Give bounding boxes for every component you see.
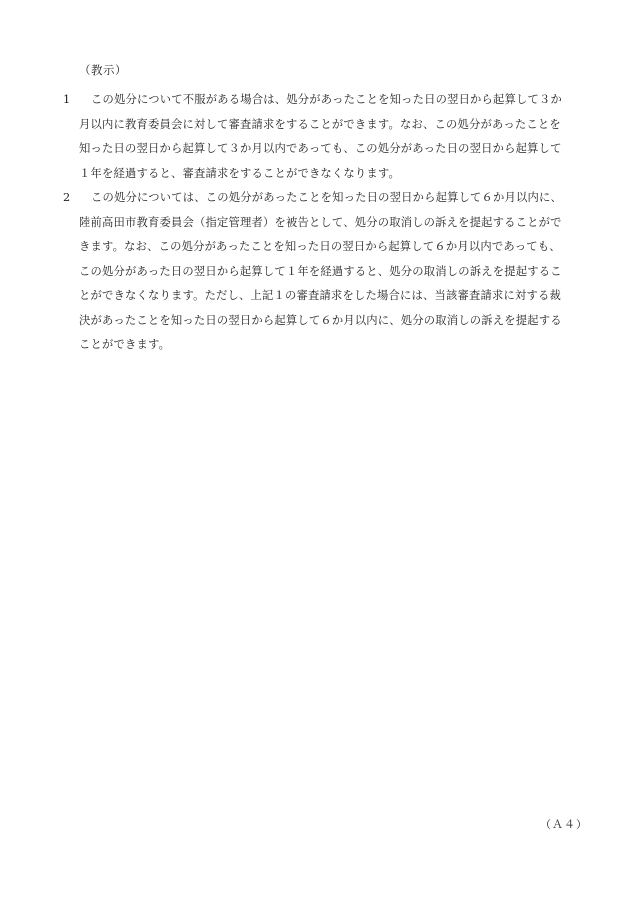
item-text-line: １年を経過すると、審査請求をすることができなくなります。	[63, 162, 583, 187]
item-text-line: 陸前高田市教育委員会（指定管理者）を被告として、処分の取消しの訴えを提起すること…	[63, 211, 583, 236]
item-text-line: ことができます。	[63, 333, 583, 358]
item-text-line: この処分については、この処分があったことを知った日の翌日から起算して６か月以内に…	[63, 186, 583, 211]
section-heading: （教示）	[79, 62, 127, 78]
item-text-line: この処分があった日の翌日から起算して１年を経過すると、処分の取消しの訴えを提起す…	[63, 260, 583, 285]
item-number: 1	[63, 88, 70, 113]
instruction-item-1: 1 この処分について不服がある場合は、処分があったことを知った日の翌日から起算し…	[63, 88, 583, 186]
document-page: （教示） 1 この処分について不服がある場合は、処分があったことを知った日の翌日…	[0, 0, 630, 903]
item-text-line: 月以内に教育委員会に対して審査請求をすることができます。なお、この処分があったこ…	[63, 113, 583, 138]
instruction-item-2: 2 この処分については、この処分があったことを知った日の翌日から起算して６か月以…	[63, 186, 583, 358]
item-text-line: とができなくなります。ただし、上記１の審査請求をした場合には、当該審査請求に対す…	[63, 284, 583, 309]
item-text-line: きます。なお、この処分があったことを知った日の翌日から起算して６か月以内であって…	[63, 235, 583, 260]
item-text-line: この処分について不服がある場合は、処分があったことを知った日の翌日から起算して３…	[63, 88, 583, 113]
paper-size-label: （Ａ４）	[540, 816, 588, 832]
item-text-line: 決があったことを知った日の翌日から起算して６か月以内に、処分の取消しの訴えを提起…	[63, 309, 583, 334]
item-number: 2	[63, 186, 70, 211]
item-text-line: 知った日の翌日から起算して３か月以内であっても、この処分があった日の翌日から起算…	[63, 137, 583, 162]
